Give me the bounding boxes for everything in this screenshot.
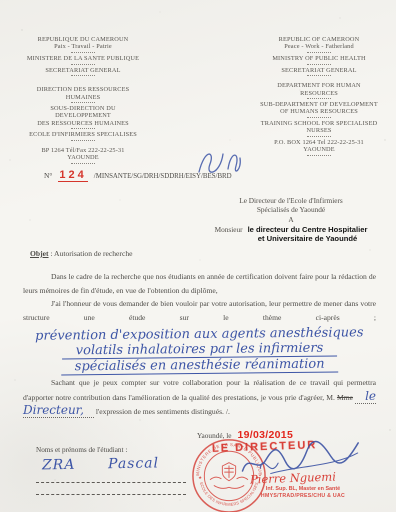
secretariat-en: SECRETARIAT GENERAL (254, 67, 384, 74)
subject-text: : Autorisation de recherche (50, 249, 132, 258)
reference-number-stamp: 124 (58, 169, 87, 182)
school-en-line1: TRAINING SCHOOL FOR SPECIALISED (254, 120, 384, 127)
dotted-separator (307, 98, 331, 99)
theme-line-3: spécialisés en anesthésie réanimation (61, 357, 339, 376)
student-name-label: Noms et prénoms de l'étudiant : (36, 446, 206, 454)
recipient-title-line2: et Universitaire de Yaoundé (248, 234, 368, 243)
dotted-separator (307, 64, 331, 65)
dotted-separator (307, 117, 331, 118)
subdepartment-en-line1: SUB-DEPARTMENT OF DEVELOPMENT (254, 101, 384, 108)
sender-title-line1: Le Directeur de l'Ecole d'Infirmiers (198, 196, 384, 205)
closing-struck-mme: Mme (337, 393, 353, 402)
sender-title-line2: Spécialisés de Yaoundé (198, 205, 384, 214)
ministry-fr: MINISTERE DE LA SANTE PUBLIQUE (22, 55, 144, 62)
dotted-separator (307, 136, 331, 137)
letterhead-french: REPUBLIQUE DU CAMEROUN Paix - Travail - … (22, 36, 144, 166)
closing-text-2: l'expression de mes sentiments distingué… (96, 407, 230, 416)
to-marker: A (198, 215, 384, 224)
subject-label: Objet (30, 249, 49, 258)
direction-fr-line1: DIRECTION DES RESSOURCES (22, 86, 144, 93)
closing-text-1: Sachant que je peux compter sur votre co… (23, 378, 376, 402)
motto-fr: Paix - Travail - Patrie (22, 43, 144, 50)
subdirection-fr-line1: SOUS-DIRECTION DU DEVELOPPEMENT (22, 105, 144, 119)
body-paragraph-2: J'ai l'honneur de vous demander de bien … (23, 297, 376, 324)
letter-body: Dans le cadre de la recherche que nos ét… (23, 270, 376, 419)
letterhead-english: REPUBLIC OF CAMEROON Peace - Work - Fath… (254, 36, 384, 158)
country-name-en: REPUBLIC OF CAMEROON (254, 36, 384, 43)
city-fr: YAOUNDE (22, 154, 144, 161)
dotted-separator (307, 52, 331, 53)
dotted-separator (71, 128, 95, 129)
motto-en: Peace - Work - Fatherland (254, 43, 384, 50)
recipient-title: le directeur du Centre Hospitalier et Un… (248, 225, 368, 243)
addressee-block: Le Directeur de l'Ecole d'Infirmiers Spé… (198, 196, 384, 243)
dashed-fill-line (36, 494, 186, 495)
dotted-separator (71, 163, 95, 164)
secretariat-fr: SECRETARIAT GENERAL (22, 67, 144, 74)
school-en-line2: NURSES (254, 127, 384, 134)
country-name-fr: REPUBLIQUE DU CAMEROUN (22, 36, 144, 43)
student-name-handwritten: ZRA Pascal (42, 455, 206, 474)
department-en-line2: RESOURCES (254, 90, 384, 97)
city-en: YAOUNDE (254, 146, 384, 153)
scanned-letter: REPUBLIQUE DU CAMEROUN Paix - Travail - … (0, 0, 396, 512)
subject-line: Objet : Autorisation de recherche (30, 249, 133, 258)
dotted-separator (307, 155, 331, 156)
reference-prefix: N° (44, 171, 52, 180)
ink-paraph-mark (192, 144, 242, 180)
department-en-line1: DEPARTMENT FOR HUMAN (254, 82, 384, 89)
recipient-title-line1: le directeur du Centre Hospitalier (248, 225, 368, 234)
student-block: Noms et prénoms de l'étudiant : ZRA Pasc… (36, 446, 206, 495)
signatory-title-line2: HMYS/TRAD/PRES/CHU & UAC (243, 493, 363, 499)
school-fr: ECOLE D'INFIRMIERS SPECIALISES (22, 131, 144, 138)
ministry-en: MINISTRY OF PUBLIC HEALTH (254, 55, 384, 62)
dotted-separator (71, 52, 95, 53)
dotted-separator (71, 75, 95, 76)
subdepartment-en-line2: OF HUMANS RESOURCES (254, 108, 384, 115)
direction-fr-line2: HUMAINES (22, 94, 144, 101)
pobox-fr: BP 1264 Tél/Fax 222-22-25-31 (22, 147, 144, 154)
subdirection-fr-line2: DES RESSOURCES HUMAINES (22, 120, 144, 127)
pobox-en: P.O. BOX 1264 Tel 222-22-25-31 (254, 139, 384, 146)
dashed-fill-line (36, 482, 186, 483)
dotted-separator (307, 75, 331, 76)
signatory-title-line1: Inf. Sup. BL, Master en Santé (243, 486, 363, 492)
body-paragraph-1: Dans le cadre de la recherche que nos ét… (23, 270, 376, 297)
dotted-separator (71, 140, 95, 141)
salutation: Monsieur (215, 225, 243, 234)
closing-paragraph: Sachant que je peux compter sur votre co… (23, 376, 376, 419)
dotted-separator (71, 102, 95, 103)
handwritten-research-theme: prévention d'exposition aux agents anest… (23, 325, 376, 376)
signatory-name-stamp: Pierre Nguemi (250, 470, 336, 487)
dotted-separator (71, 64, 95, 65)
